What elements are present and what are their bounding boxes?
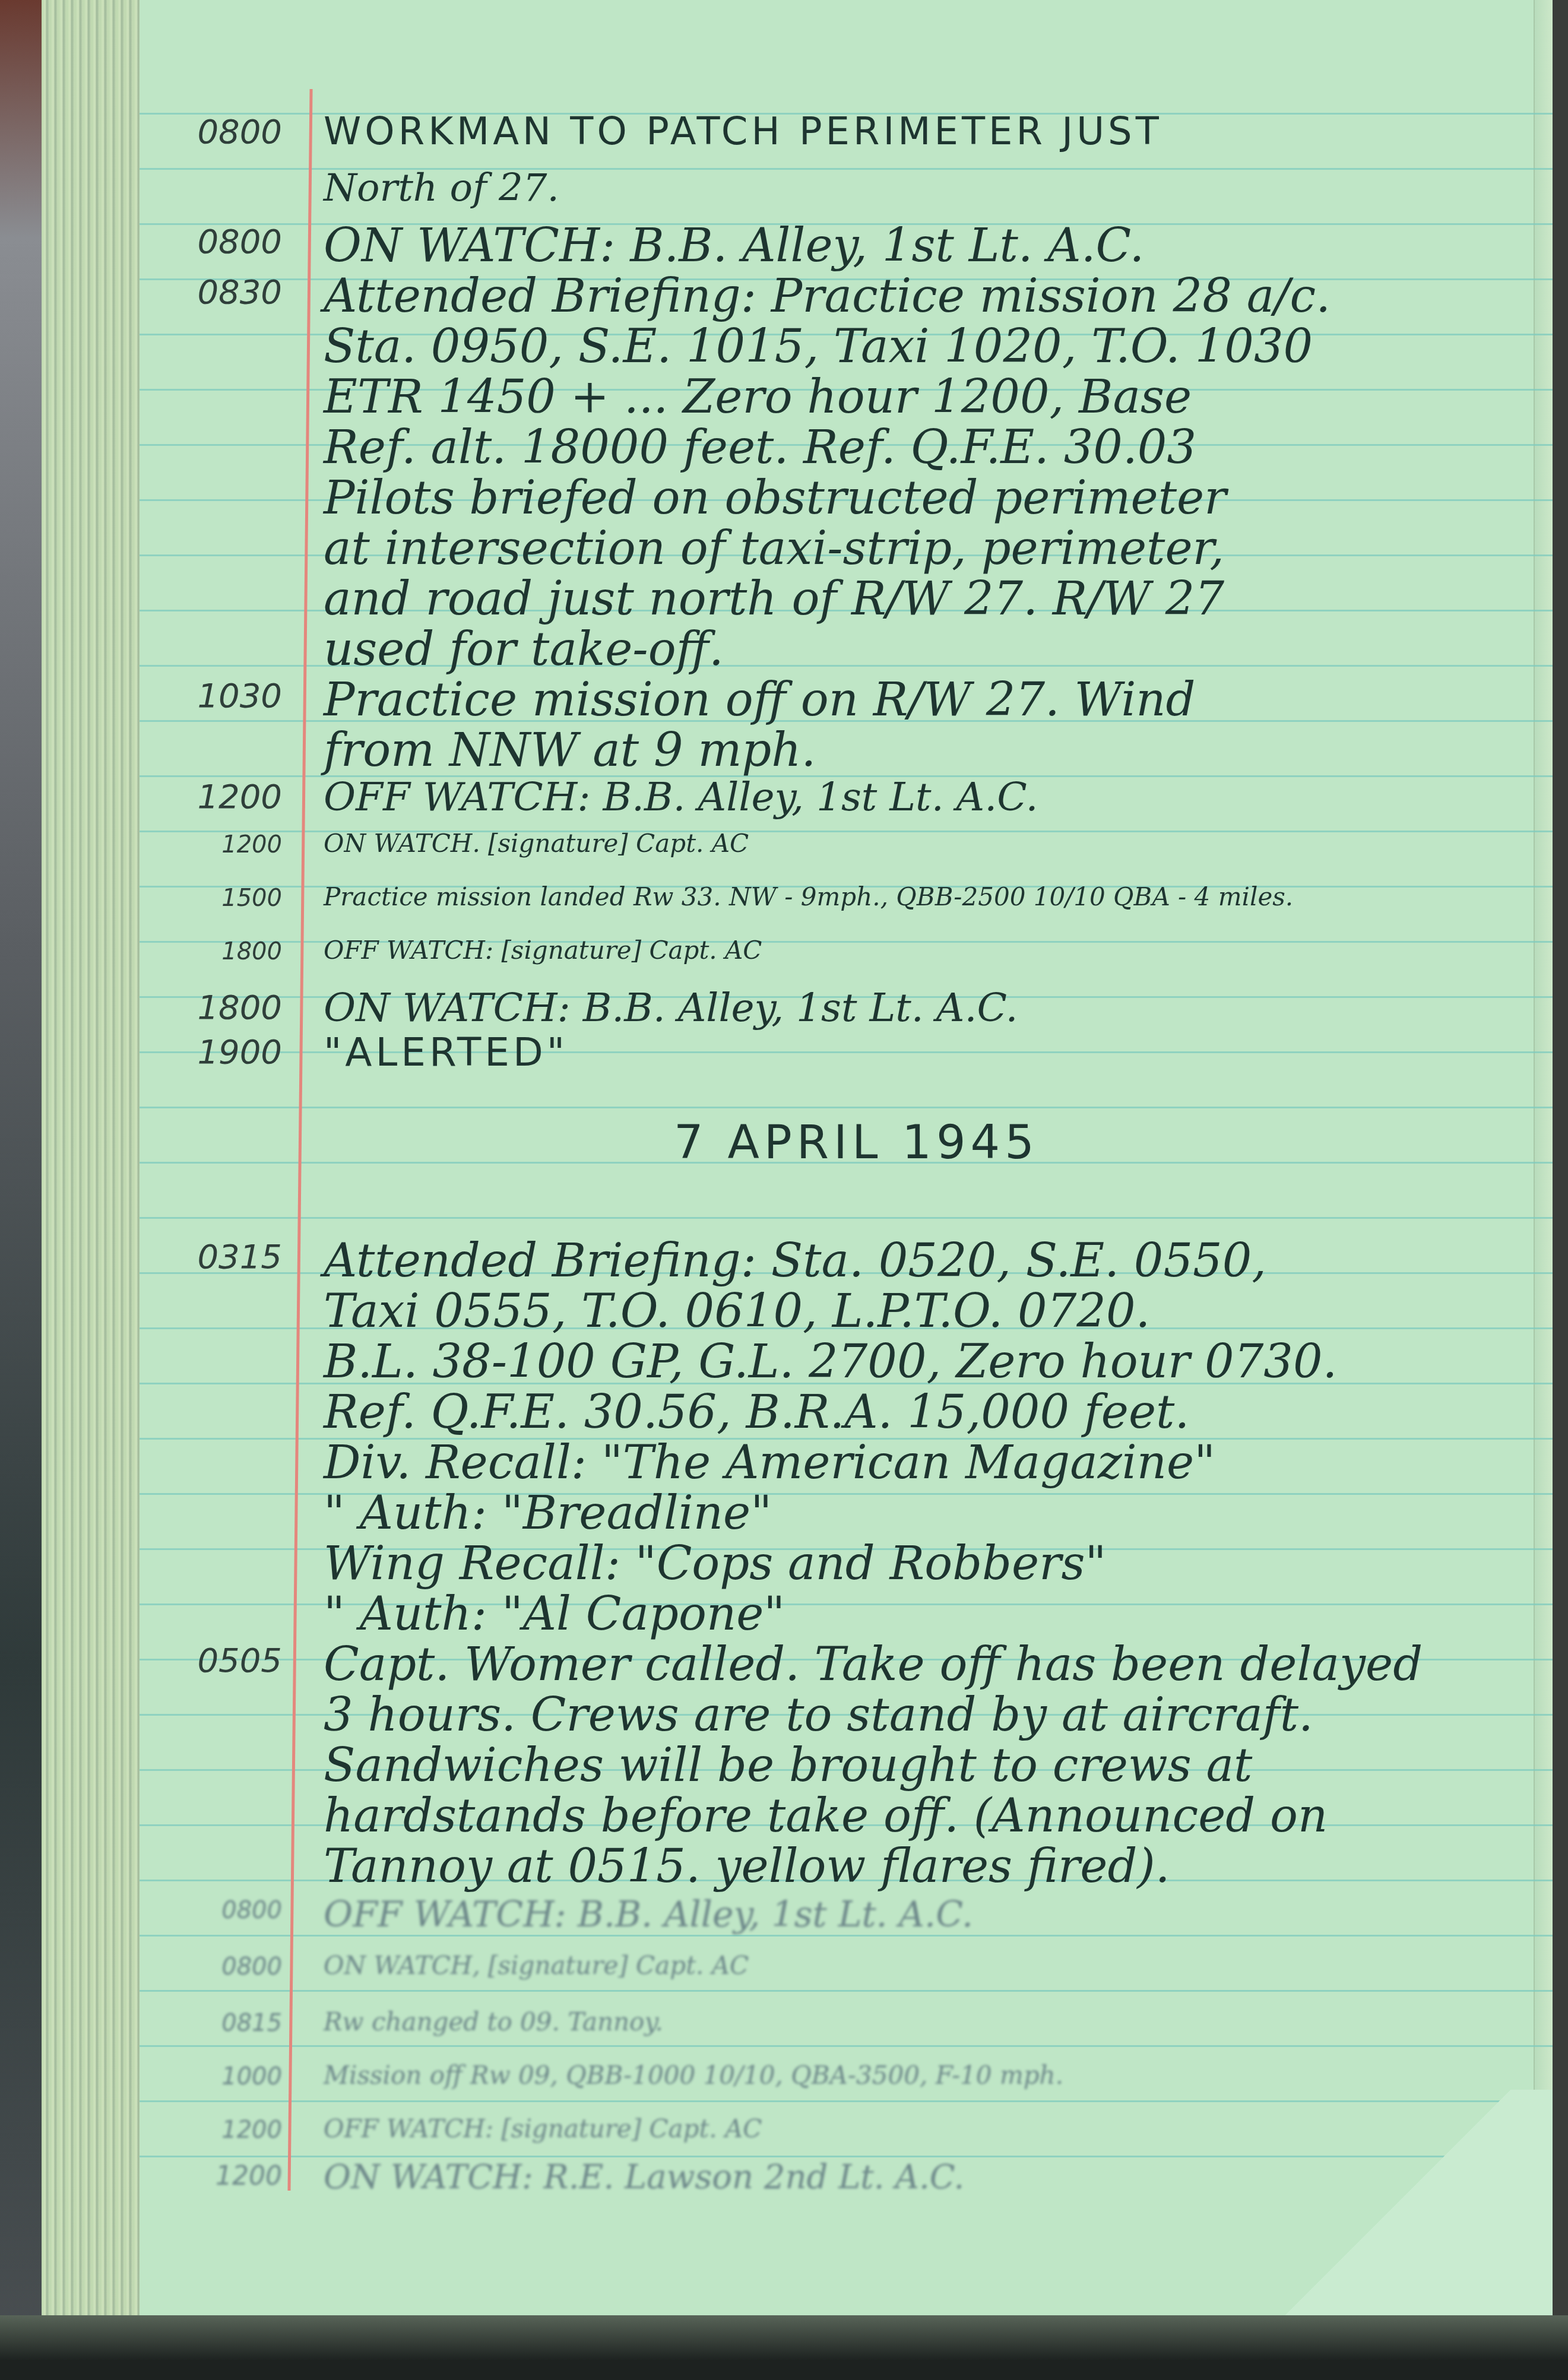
entry-time: 1500 xyxy=(157,885,282,912)
entry-text: OFF WATCH: [signature] Capt. AC xyxy=(324,938,1517,963)
entry-text: Div. Recall: "The American Magazine" xyxy=(324,1440,1517,1486)
entry-time: 0800 xyxy=(157,223,282,261)
book-bottom-shadow xyxy=(0,2315,1568,2380)
entry-text: Practice mission landed Rw 33. NW - 9mph… xyxy=(324,885,1517,909)
entry-text: at intersection of taxi-strip, perimeter… xyxy=(324,525,1517,572)
entry-text: used for take-off. xyxy=(324,626,1517,673)
entry-text: Pilots briefed on obstructed perimeter xyxy=(324,475,1517,521)
rule-line xyxy=(140,2045,1553,2047)
rule-line xyxy=(140,1990,1553,1992)
entry-text: " Auth: "Al Capone" xyxy=(324,1591,1517,1637)
rule-line xyxy=(140,1217,1553,1219)
entry-text: from NNW at 9 mph. xyxy=(324,727,1517,774)
date-heading: 7 APRIL 1945 xyxy=(674,1116,1039,1170)
entry-text: WORKMAN TO PATCH PERIMETER JUST xyxy=(324,113,1517,151)
entry-text: B.L. 38-100 GP, G.L. 2700, Zero hour 073… xyxy=(324,1339,1517,1385)
entry-text: Attended Briefing: Sta. 0520, S.E. 0550, xyxy=(324,1238,1517,1284)
entry-time: 1030 xyxy=(157,677,282,715)
entry-text: Attended Briefing: Practice mission 28 a… xyxy=(324,273,1517,319)
entry-time: 1800 xyxy=(157,988,282,1027)
red-margin-line xyxy=(287,89,312,2191)
entry-text: ETR 1450 + ... Zero hour 1200, Base xyxy=(324,374,1517,420)
entry-time: 1200 xyxy=(157,2161,282,2191)
entry-text: Taxi 0555, T.O. 0610, L.P.T.O. 0720. xyxy=(324,1288,1517,1335)
rule-line xyxy=(140,1107,1553,1108)
entry-time: 0800 xyxy=(157,1897,282,1924)
next-page-edge xyxy=(1534,0,1553,2315)
entry-text: hardstands before take off. (Announced o… xyxy=(324,1793,1517,1839)
entry-text: Practice mission off on R/W 27. Wind xyxy=(324,677,1517,723)
entry-text: Sandwiches will be brought to crews at xyxy=(324,1742,1517,1789)
page-corner-curl xyxy=(1244,2090,1553,2315)
entry-text: " Auth: "Breadline" xyxy=(324,1490,1517,1536)
logbook-page: 0800 WORKMAN TO PATCH PERIMETER JUST Nor… xyxy=(140,0,1553,2315)
page-edges-stack xyxy=(42,0,144,2315)
desk-surface xyxy=(0,0,45,2380)
entry-time: 1200 xyxy=(157,778,282,816)
entry-time: 0815 xyxy=(157,2010,282,2037)
entry-text: Mission off Rw 09, QBB-1000 10/10, QBA-3… xyxy=(324,2063,1517,2088)
entry-text: Tannoy at 0515. yellow flares fired). xyxy=(324,1843,1517,1890)
entry-text: ON WATCH: B.B. Alley, 1st Lt. A.C. xyxy=(324,988,1517,1028)
entry-time: 0830 xyxy=(157,273,282,312)
entry-text: North of 27. xyxy=(324,169,1517,207)
entry-text: Wing Recall: "Cops and Robbers" xyxy=(324,1541,1517,1587)
entry-time: 0315 xyxy=(157,1238,282,1276)
entry-text: "ALERTED" xyxy=(324,1033,1517,1072)
entry-text: Ref. alt. 18000 feet. Ref. Q.F.E. 30.03 xyxy=(324,424,1517,471)
entry-text: ON WATCH, [signature] Capt. AC xyxy=(324,1953,1517,1978)
entry-text: 3 hours. Crews are to stand by at aircra… xyxy=(324,1692,1517,1738)
entry-time: 1200 xyxy=(157,2116,282,2144)
entry-time: 0800 xyxy=(157,113,282,151)
entry-time: 1200 xyxy=(157,831,282,858)
entry-text: Sta. 0950, S.E. 1015, Taxi 1020, T.O. 10… xyxy=(324,324,1517,370)
entry-text: OFF WATCH: B.B. Alley, 1st Lt. A.C. xyxy=(324,1897,1517,1932)
entry-text: Rw changed to 09. Tannoy. xyxy=(324,2010,1517,2034)
entry-text: ON WATCH. [signature] Capt. AC xyxy=(324,831,1517,856)
entry-text: and road just north of R/W 27. R/W 27 xyxy=(324,576,1517,622)
entry-text: OFF WATCH: B.B. Alley, 1st Lt. A.C. xyxy=(324,778,1517,817)
entry-text: ON WATCH: B.B. Alley, 1st Lt. A.C. xyxy=(324,223,1517,269)
entry-time: 0505 xyxy=(157,1641,282,1680)
entry-text: Capt. Womer called. Take off has been de… xyxy=(324,1641,1517,1688)
entry-time: 1000 xyxy=(157,2063,282,2090)
entry-time: 1800 xyxy=(157,938,282,965)
entry-time: 1900 xyxy=(157,1033,282,1072)
entry-time: 0800 xyxy=(157,1953,282,1980)
entry-text: Ref. Q.F.E. 30.56, B.R.A. 15,000 feet. xyxy=(324,1389,1517,1435)
